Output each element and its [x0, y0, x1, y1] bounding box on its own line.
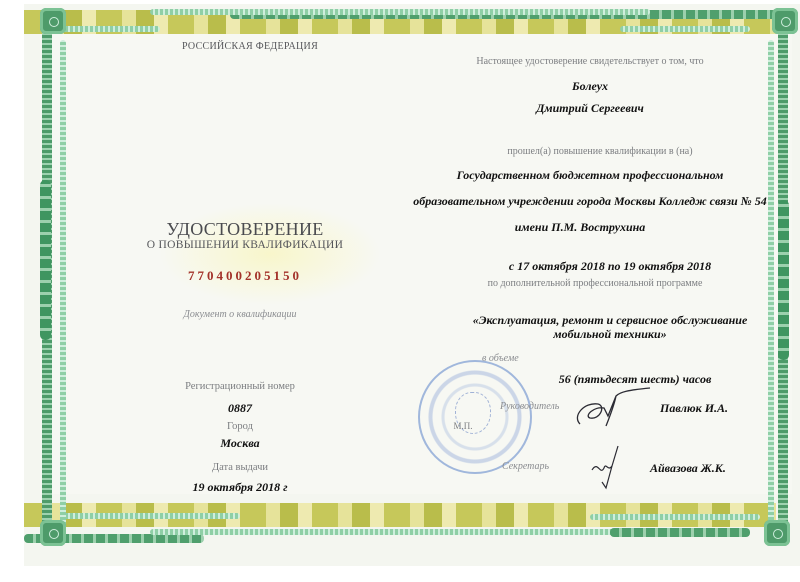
intro-text: Настоящее удостоверение свидетельствует … — [460, 56, 720, 67]
issue-date-label: Дата выдачи — [140, 462, 340, 473]
bottom-rope-left — [60, 513, 240, 519]
corner-ornament-bottom-right — [764, 520, 790, 546]
country-heading: РОССИЙСКАЯ ФЕДЕРАЦИЯ — [150, 41, 350, 52]
secretary-label: Секретарь — [502, 461, 562, 472]
left-border-rope — [60, 40, 66, 530]
program-label: по дополнительной профессиональной прогр… — [460, 278, 730, 289]
holder-given-names: Дмитрий Сергеевич — [520, 101, 660, 116]
study-period: с 17 октября 2018 по 19 октября 2018 — [480, 259, 740, 274]
stamp-placeholder-label: М.П. — [448, 421, 478, 431]
head-name: Павлюк И.А. — [660, 401, 740, 416]
passed-label: прошел(а) повышение квалификации в (на) — [480, 146, 720, 157]
registration-number: 0887 — [140, 401, 340, 416]
institution-line-2: образовательном учреждении города Москвы… — [400, 194, 780, 209]
top-rope-mid — [150, 9, 650, 15]
bottom-rope-mid — [150, 529, 650, 535]
secretary-name: Айвазова Ж.К. — [650, 461, 740, 476]
secretary-signature — [588, 442, 624, 492]
serial-number: 770400205150 — [140, 268, 350, 284]
city-label: Город — [140, 421, 340, 432]
volume-value: 56 (пятьдесят шесть) часов — [540, 372, 730, 387]
registration-label: Регистрационный номер — [140, 381, 340, 392]
institution-line-3: имени П.М. Вострухина — [500, 220, 660, 235]
certificate-subtitle: О ПОВЫШЕНИИ КВАЛИФИКАЦИИ — [110, 239, 380, 251]
program-line-2: мобильной техники» — [520, 327, 700, 342]
corner-ornament-top-right — [772, 8, 798, 34]
head-label: Руководитель — [500, 401, 570, 412]
holder-surname: Болеух — [540, 79, 640, 94]
right-border-rope — [768, 40, 774, 530]
left-bead-column — [40, 180, 51, 340]
top-rope-right — [620, 26, 750, 32]
head-signature — [570, 386, 660, 430]
bottom-bead-border-right — [610, 528, 750, 537]
corner-ornament-bottom-left — [40, 520, 66, 546]
top-rope-left — [60, 26, 160, 32]
document-caption: Документ о квалификации — [140, 309, 340, 320]
bottom-rope-right — [590, 514, 760, 520]
corner-ornament-top-left — [40, 8, 66, 34]
institution-line-1: Государственном бюджетном профессиональн… — [430, 168, 750, 183]
city-value: Москва — [140, 436, 340, 451]
program-line-1: «Эксплуатация, ремонт и сервисное обслуж… — [460, 313, 760, 328]
issue-date-value: 19 октября 2018 г — [140, 480, 340, 495]
right-bead-column — [778, 200, 789, 360]
certificate-title: УДОСТОВЕРЕНИЕ — [120, 219, 370, 240]
